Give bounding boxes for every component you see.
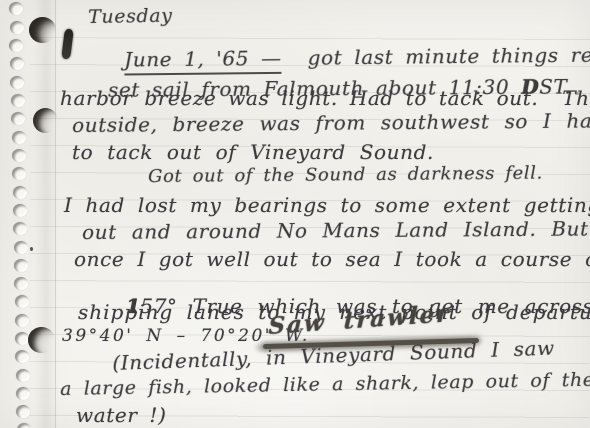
binding-hole bbox=[12, 167, 26, 180]
binding-hole bbox=[11, 112, 25, 125]
journal-day-heading: Tuesday bbox=[88, 7, 173, 27]
journal-line-3: harbor breeze was light. Had to tack out… bbox=[60, 88, 590, 108]
journal-line-15: water !) bbox=[76, 405, 166, 425]
binding-hole bbox=[12, 149, 26, 162]
binding-hole bbox=[14, 277, 28, 290]
binding-hole bbox=[16, 387, 30, 400]
binding-hole bbox=[14, 259, 28, 272]
binding-hole bbox=[13, 186, 27, 199]
binding-hole bbox=[16, 369, 30, 382]
binding-hole bbox=[10, 57, 24, 70]
binding-hole bbox=[15, 350, 29, 363]
journal-line-6: Got out of the Sound as darkness fell. bbox=[148, 165, 543, 186]
binding-hole bbox=[15, 332, 29, 345]
binding-hole bbox=[13, 222, 27, 235]
journal-line-4: outside, breeze was from southwest so I … bbox=[72, 110, 590, 135]
journal-line-9: once I got well out to sea I took a cour… bbox=[74, 249, 590, 269]
journal-page: Tuesday June 1, '65 —got last minute thi… bbox=[0, 0, 590, 428]
binding-hole bbox=[10, 76, 24, 89]
binding-hole bbox=[15, 314, 29, 327]
binding-hole bbox=[15, 295, 29, 308]
journal-line-5: to tack out of Vineyard Sound. bbox=[72, 142, 434, 162]
binding-hole bbox=[9, 39, 23, 52]
punch-hole-shadow bbox=[33, 108, 58, 133]
binding-hole bbox=[12, 131, 26, 144]
binding-hole bbox=[14, 241, 28, 254]
journal-line-7: I had lost my bearings to some extent ge… bbox=[64, 195, 590, 215]
binding-hole bbox=[11, 94, 25, 107]
paper-speck bbox=[30, 247, 33, 251]
punch-hole-shadow bbox=[29, 17, 56, 43]
binding-hole bbox=[10, 21, 24, 34]
margin-line bbox=[55, 0, 56, 428]
binding-hole bbox=[16, 405, 30, 418]
punch-hole-shadow bbox=[28, 327, 55, 353]
journal-line-8: out and around No Mans Land Island. But bbox=[82, 218, 589, 242]
binding-hole bbox=[13, 204, 27, 217]
binding-hole bbox=[9, 2, 23, 15]
